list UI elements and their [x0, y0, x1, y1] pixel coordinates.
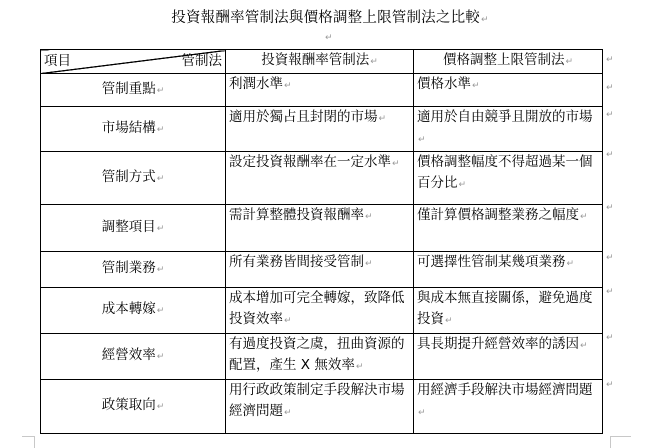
paragraph-mark-icon: ↵ — [365, 259, 373, 269]
price-cap-cell: 價格水準↵ — [414, 74, 603, 107]
row-item-label: 成本轉嫁↵ — [41, 288, 226, 334]
table-header-row: 項目 管制法 投資報酬率管制法↵ 價格調整上限管制法↵ — [41, 50, 603, 74]
price-cap-cell: 僅計算價格調整業務之幅度↵ — [414, 205, 603, 252]
paragraph-mark-icon: ↵ — [157, 402, 165, 412]
paragraph-mark-icon: ↵ — [606, 55, 614, 65]
paragraph-mark-icon: ↵ — [418, 408, 426, 418]
price-cap-cell: 用經濟手段解決市場經濟問題↵ — [414, 380, 603, 434]
paragraph-mark-icon: ↵ — [606, 203, 614, 213]
paragraph-mark-icon: ↵ — [392, 159, 400, 169]
paragraph-mark-icon: ↵ — [157, 306, 165, 316]
rate-of-return-cell: 有過度投資之虞，扭曲資源的配置，產生 X 無效率↵ — [226, 334, 414, 380]
paragraph-mark-icon: ↵ — [606, 253, 614, 263]
rate-of-return-cell: 適用於獨占且封閉的市場↵ — [226, 107, 414, 152]
paragraph-mark-icon: ↵ — [472, 81, 480, 91]
paragraph-mark-icon: ↵ — [459, 180, 467, 190]
table-row: 管制方式↵ 設定投資報酬率在一定水準↵ 價格調整幅度不得超過某一個百分比↵ — [41, 152, 603, 205]
paragraph-mark-icon: ↵ — [606, 110, 614, 120]
table-row: 政策取向↵ 用行政政策制定手段解決市場經濟問題↵ 用經濟手段解決市場經濟問題↵ — [41, 380, 603, 434]
row-item-label: 管制方式↵ — [41, 152, 226, 205]
rate-of-return-cell: 利潤水準↵ — [226, 74, 414, 107]
paragraph-mark-icon: ↵ — [370, 57, 378, 67]
paragraph-mark-icon: ↵ — [365, 212, 373, 222]
price-cap-cell: 價格調整幅度不得超過某一個百分比↵ — [414, 152, 603, 205]
paragraph-mark-icon: ↵ — [356, 362, 364, 372]
table-row: 經營效率↵ 有過度投資之虞，扭曲資源的配置，產生 X 無效率↵ 具長期提升經營效… — [41, 334, 603, 380]
table-row: 市場結構↵ 適用於獨占且封閉的市場↵ 適用於自由競爭且開放的市場↵ — [41, 107, 603, 152]
rate-of-return-cell: 需計算整體投資報酬率↵ — [226, 205, 414, 252]
paragraph-mark-icon: ↵ — [325, 33, 333, 43]
paragraph-mark-icon: ↵ — [379, 114, 387, 124]
table-row: 調整項目↵ 需計算整體投資報酬率↵ 僅計算價格調整業務之幅度↵ — [41, 205, 603, 252]
rate-of-return-cell: 所有業務皆間接受管制↵ — [226, 252, 414, 288]
paragraph-mark-icon: ↵ — [580, 212, 588, 222]
diagonal-header-cell: 項目 管制法 — [41, 50, 226, 74]
document-title-text: 投資報酬率管制法與價格調整上限管制法之比較 — [171, 10, 480, 26]
table-row: 管制業務↵ 所有業務皆間接受管制↵ 可選擇性管制某幾項業務↵ — [41, 252, 603, 288]
paragraph-mark-icon: ↵ — [157, 86, 165, 96]
header-rate-of-return: 投資報酬率管制法↵ — [226, 50, 414, 74]
paragraph-mark-icon: ↵ — [157, 125, 165, 135]
paragraph-mark-icon: ↵ — [606, 83, 614, 93]
row-item-label: 管制重點↵ — [41, 74, 226, 107]
row-item-label: 政策取向↵ — [41, 380, 226, 434]
paragraph-mark-icon: ↵ — [157, 224, 165, 234]
paragraph-mark-icon: ↵ — [157, 174, 165, 184]
price-cap-cell: 與成本無直接關係，避免過度投資↵ — [414, 288, 603, 334]
paragraph-mark-icon: ↵ — [606, 380, 614, 390]
paragraph-mark-icon: ↵ — [418, 135, 426, 145]
paragraph-mark-icon: ↵ — [481, 15, 489, 25]
header-method-label: 管制法 — [182, 51, 223, 72]
row-item-label: 市場結構↵ — [41, 107, 226, 152]
page-margin-marker — [610, 436, 631, 448]
paragraph-mark-icon: ↵ — [565, 57, 573, 67]
paragraph-mark-icon: ↵ — [157, 352, 165, 362]
row-item-label: 調整項目↵ — [41, 205, 226, 252]
paragraph-mark-icon: ↵ — [284, 81, 292, 91]
paragraph-mark-icon: ↵ — [580, 341, 588, 351]
table-row: 成本轉嫁↵ 成本增加可完全轉嫁，致降低投資效率↵ 與成本無直接關係，避免過度投資… — [41, 288, 603, 334]
paragraph-mark-icon: ↵ — [606, 150, 614, 160]
paragraph-mark-icon: ↵ — [157, 265, 165, 275]
page-margin-marker — [22, 436, 35, 448]
paragraph-mark-icon: ↵ — [606, 287, 614, 297]
price-cap-cell: 具長期提升經營效率的誘因↵ — [414, 334, 603, 380]
price-cap-cell: 適用於自由競爭且開放的市場↵ — [414, 107, 603, 152]
row-item-label: 管制業務↵ — [41, 252, 226, 288]
comparison-table: 項目 管制法 投資報酬率管制法↵ 價格調整上限管制法↵ 管制重點↵ 利潤水準↵ … — [40, 49, 603, 434]
paragraph-mark-icon: ↵ — [284, 316, 292, 326]
rate-of-return-cell: 設定投資報酬率在一定水準↵ — [226, 152, 414, 205]
document-title: 投資報酬率管制法與價格調整上限管制法之比較↵ — [0, 8, 660, 30]
paragraph-mark-icon: ↵ — [567, 259, 575, 269]
paragraph-mark-icon: ↵ — [284, 408, 292, 418]
row-item-label: 經營效率↵ — [41, 334, 226, 380]
table-row: 管制重點↵ 利潤水準↵ 價格水準↵ — [41, 74, 603, 107]
header-price-cap: 價格調整上限管制法↵ — [414, 50, 603, 74]
rate-of-return-cell: 成本增加可完全轉嫁，致降低投資效率↵ — [226, 288, 414, 334]
paragraph-mark-icon: ↵ — [606, 333, 614, 343]
paragraph-mark-icon: ↵ — [445, 316, 453, 326]
header-item-label: 項目 — [44, 51, 71, 72]
price-cap-cell: 可選擇性管制某幾項業務↵ — [414, 252, 603, 288]
rate-of-return-cell: 用行政政策制定手段解決市場經濟問題↵ — [226, 380, 414, 434]
